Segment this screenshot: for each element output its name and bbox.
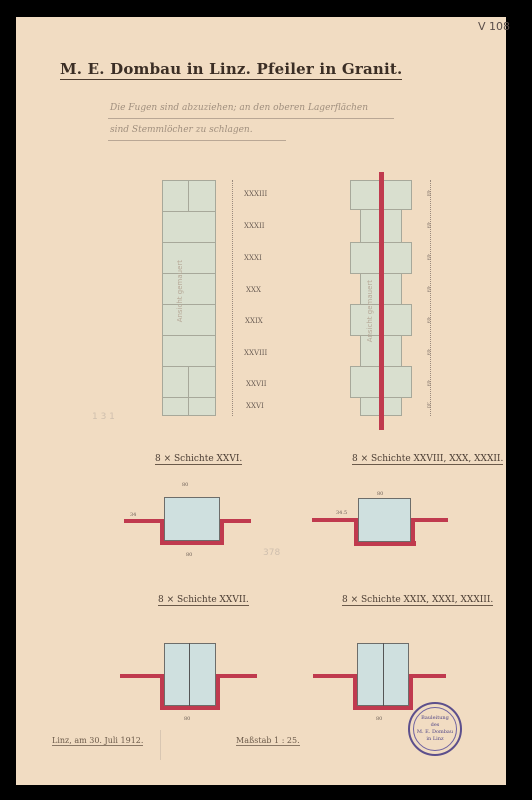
dimension-label: 30 (425, 402, 431, 408)
dimension-label: 49 (425, 349, 431, 355)
course-label: XXVIII (244, 349, 267, 357)
dimension-label: 49 (425, 380, 431, 386)
foundation-wall (410, 518, 448, 522)
dimension-label: 49 (425, 317, 431, 323)
dimension-label: 49 (425, 254, 431, 260)
foundation-wall (120, 674, 165, 678)
block-joint (383, 643, 384, 706)
section-title: 8 × Schichte XXVI. (155, 454, 242, 465)
stamp-line: des (410, 722, 460, 729)
dimension-top: 80 (182, 482, 188, 488)
block-joint (189, 643, 190, 706)
course-label: XXIX (245, 317, 263, 325)
course-label: XXXII (244, 222, 264, 230)
dimension-side: 34.5 (336, 510, 347, 516)
elevation-left (162, 180, 216, 416)
fold-line (160, 730, 161, 760)
course-label: XXXI (244, 254, 262, 262)
stamp-line: Bauleitung (410, 715, 460, 722)
footer-date: Linz, am 30. Juli 1912. (52, 736, 143, 746)
page-number: V 108 (478, 20, 510, 33)
stamp-line: M. E. Dombau (410, 729, 460, 736)
note-underline-1 (108, 118, 394, 119)
granite-block-section (164, 643, 216, 706)
granite-block-section (164, 497, 220, 541)
course-label: XXVI (246, 402, 264, 410)
dimension-label: 49 (425, 286, 431, 292)
stamp-line: in Linz (410, 736, 460, 743)
foundation-wall (219, 519, 251, 523)
dimension-bottom: 80 (376, 716, 382, 722)
dimension-bottom: 80 (184, 716, 190, 722)
pencil-mark: 1 3 1 (92, 412, 115, 422)
foundation-wall (408, 674, 446, 678)
section-title: 8 × Schichte XXIX, XXXI, XXXIII. (342, 595, 493, 606)
footer-scale: Maßstab 1 : 25. (236, 736, 300, 746)
dimension-bottom: 80 (186, 552, 192, 558)
official-stamp: Bauleitung des M. E. Dombau in Linz (408, 702, 462, 756)
left-dimension-line (232, 180, 234, 416)
section-title: 8 × Schichte XXVIII, XXX, XXXII. (352, 454, 503, 465)
note-line-2: sind Stemmlöcher zu schlagen. (110, 125, 253, 135)
foundation-wall (313, 674, 357, 678)
course-label: XXXIII (244, 190, 267, 198)
course-label: XXVII (246, 380, 267, 388)
red-centerline (379, 172, 384, 430)
drawing-sheet (16, 17, 506, 785)
pencil-mark: 378 (263, 548, 280, 558)
dimension-label: 48 (425, 190, 431, 196)
dimension-label: 49 (425, 222, 431, 228)
dimension-top: 80 (377, 491, 383, 497)
right-elevation-vertical-label: Ansicht gemauert (366, 280, 374, 342)
foundation-wall (215, 674, 257, 678)
sheet-title: M. E. Dombau in Linz. Pfeiler in Granit. (60, 60, 402, 80)
note-underline-2 (108, 140, 286, 141)
note-line-1: Die Fugen sind abzuziehen; an den oberen… (110, 103, 368, 113)
granite-block-section (358, 498, 411, 542)
dimension-side: 34 (130, 512, 136, 518)
foundation-wall (312, 518, 358, 522)
left-elevation-vertical-label: Ansicht gemauert (176, 260, 184, 322)
section-title: 8 × Schichte XXVII. (158, 595, 249, 606)
course-label: XXX (246, 286, 261, 294)
